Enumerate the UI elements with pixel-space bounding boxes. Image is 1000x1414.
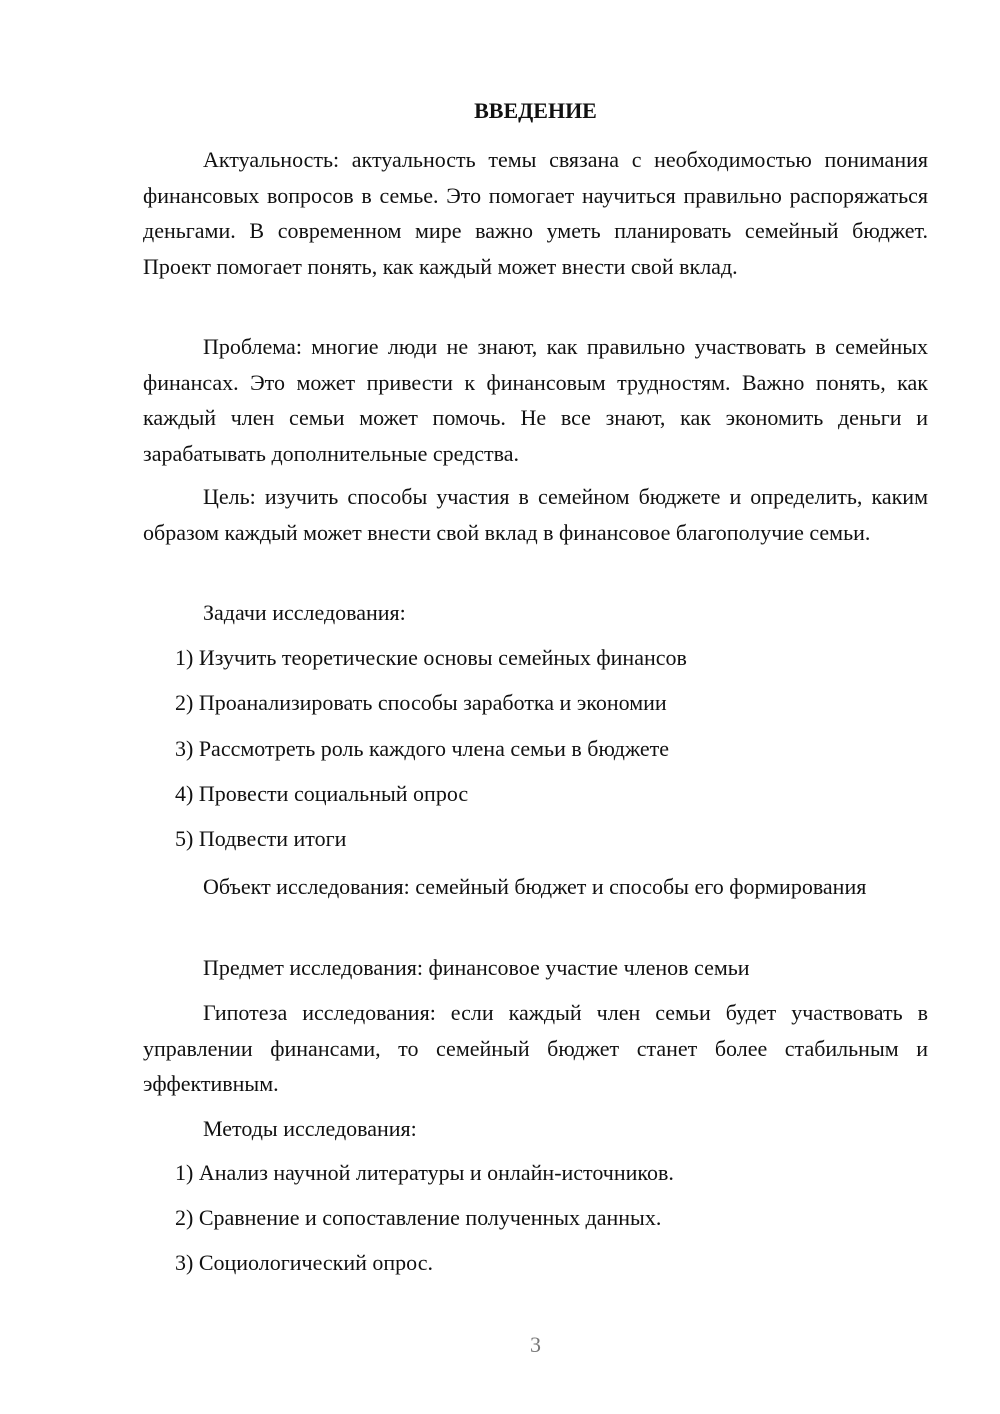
task-item: 5) Подвести итоги (175, 824, 346, 854)
task-item: 3) Рассмотреть роль каждого члена семьи … (175, 734, 669, 764)
problem-paragraph: Проблема: многие люди не знают, как прав… (143, 329, 928, 471)
page-number: 3 (143, 1330, 928, 1360)
method-item: 1) Анализ научной литературы и онлайн-ис… (175, 1158, 674, 1188)
task-item: 4) Провести социальный опрос (175, 779, 468, 809)
methods-title: Методы исследования: (143, 1111, 928, 1147)
method-item: 3) Социологический опрос. (175, 1248, 433, 1278)
tasks-title: Задачи исследования: (143, 595, 928, 631)
subject-paragraph: Предмет исследования: финансовое участие… (143, 950, 928, 986)
relevance-paragraph: Актуальность: актуальность темы связана … (143, 142, 928, 284)
task-item: 1) Изучить теоретические основы семейных… (175, 643, 687, 673)
task-item: 2) Проанализировать способы заработка и … (175, 688, 667, 718)
goal-paragraph: Цель: изучить способы участия в семейном… (143, 479, 928, 550)
method-item: 2) Сравнение и сопоставление полученных … (175, 1203, 661, 1233)
hypothesis-paragraph: Гипотеза исследования: если каждый член … (143, 995, 928, 1102)
object-paragraph: Объект исследования: семейный бюджет и с… (143, 869, 928, 905)
section-heading: ВВЕДЕНИЕ (143, 96, 928, 126)
